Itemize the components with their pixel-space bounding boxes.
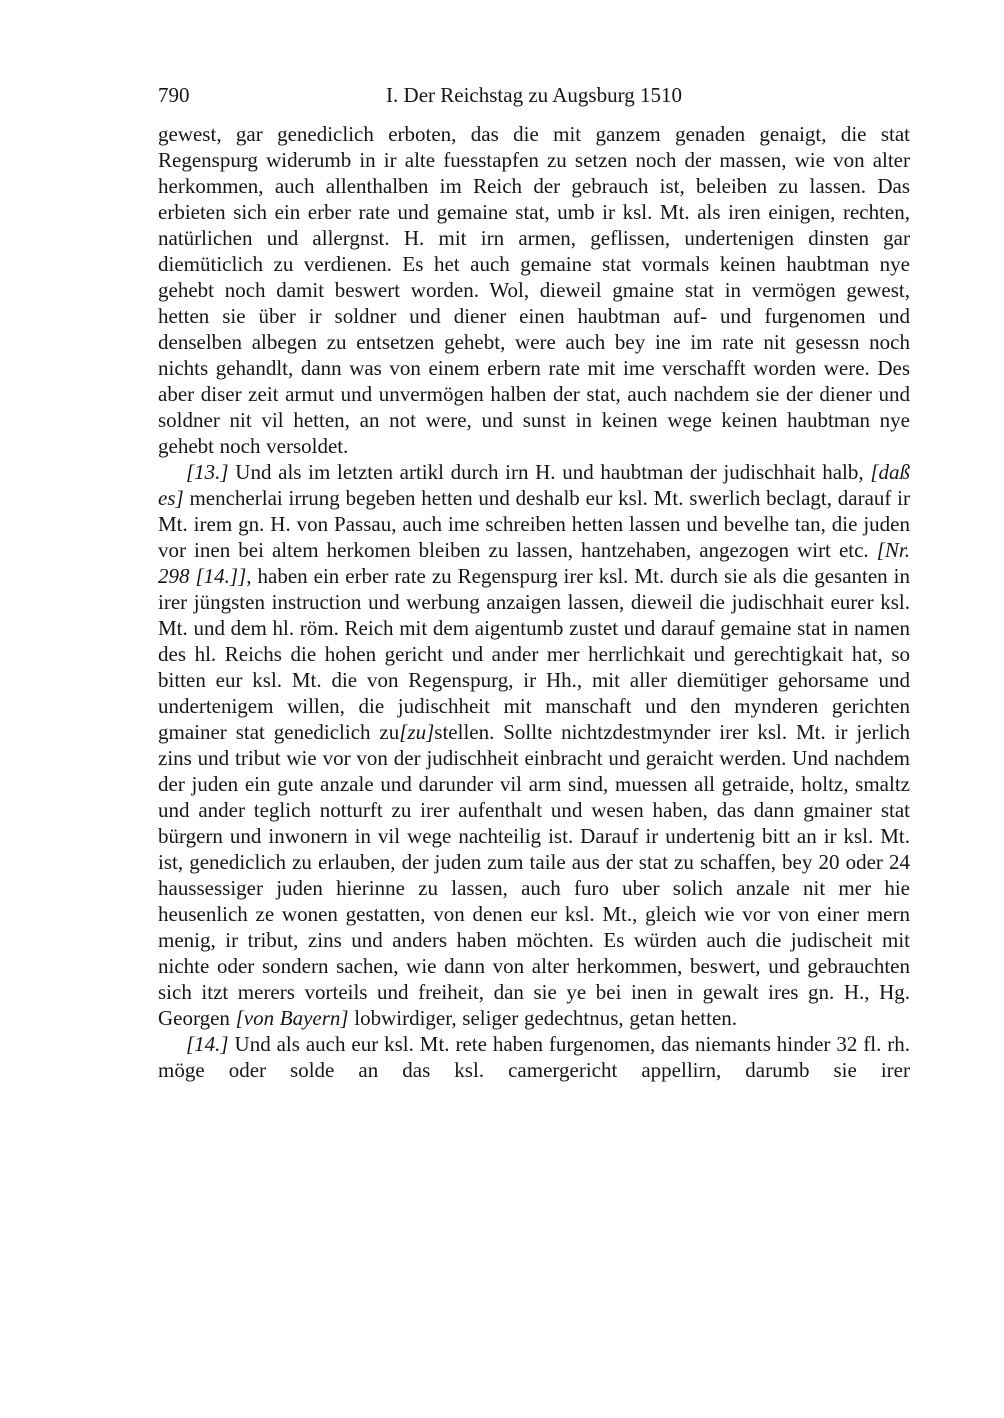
page-header: 790 I. Der Reichstag zu Augsburg 1510 [158, 82, 910, 108]
text-segment: Und als im letzten artikl durch irn H. u… [229, 460, 871, 484]
text-segment: Und als auch eur ksl. Mt. rete haben fur… [158, 1032, 910, 1082]
text-segment: stellen. Sollte nichtzdestmynder irer ks… [158, 720, 910, 1030]
text-segment: mencherlai irrung begeben hetten und des… [158, 486, 910, 562]
article-number: [14.] [186, 1032, 229, 1056]
page-number: 790 [158, 82, 190, 108]
article-number: [13.] [186, 460, 229, 484]
content-column: 790 I. Der Reichstag zu Augsburg 1510 ge… [158, 82, 910, 1083]
editorial-insertion: [von Bayern] [236, 1006, 349, 1030]
page-body: gewest, gar genediclich erboten, das die… [158, 121, 910, 1083]
paragraph: gewest, gar genediclich erboten, das die… [158, 121, 910, 459]
text-segment: , haben ein erber rate zu Regenspurg ire… [158, 564, 910, 744]
paragraph: [14.] Und als auch eur ksl. Mt. rete hab… [158, 1031, 910, 1083]
text-segment: gewest, gar genediclich erboten, das die… [158, 122, 910, 458]
paragraph: [13.] Und als im letzten artikl durch ir… [158, 459, 910, 1031]
editorial-insertion: [zu] [399, 720, 434, 744]
text-segment: lobwirdiger, seliger gedechtnus, getan h… [349, 1006, 737, 1030]
book-page: 790 I. Der Reichstag zu Augsburg 1510 ge… [0, 0, 1004, 1418]
running-title: I. Der Reichstag zu Augsburg 1510 [158, 82, 910, 108]
